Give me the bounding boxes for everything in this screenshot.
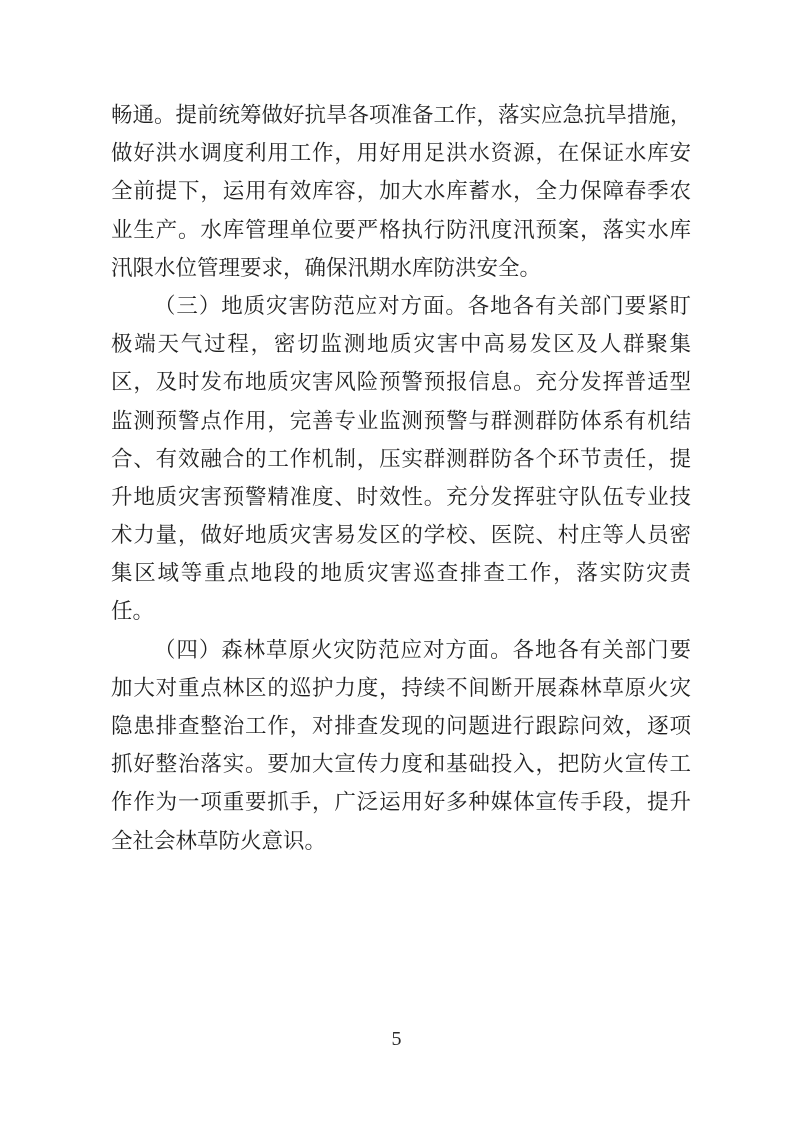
- text-line: 极端天气过程，密切监测地质灾害中高易发区及人群聚集: [111, 326, 691, 364]
- text-line: 全社会林草防火意识。: [111, 823, 691, 861]
- text-line: 做好洪水调度利用工作，用好用足洪水资源，在保证水库安: [111, 135, 691, 173]
- page-number: 5: [0, 1024, 793, 1054]
- text-line: 隐患排查整治工作，对排查发现的问题进行跟踪问效，逐项: [111, 708, 691, 746]
- text-line: 术力量，做好地质灾害易发区的学校、医院、村庄等人员密: [111, 517, 691, 555]
- text-line: （四）森林草原火灾防范应对方面。各地各有关部门要: [111, 632, 691, 670]
- text-line: 合、有效融合的工作机制，压实群测群防各个环节责任，提: [111, 441, 691, 479]
- text-line: 汛限水位管理要求，确保汛期水库防洪安全。: [111, 250, 691, 288]
- text-line: 全前提下，运用有效库容，加大水库蓄水，全力保障春季农: [111, 173, 691, 211]
- text-line: 区，及时发布地质灾害风险预警预报信息。充分发挥普适型: [111, 364, 691, 402]
- text-line: （三）地质灾害防范应对方面。各地各有关部门要紧盯: [111, 288, 691, 326]
- text-line: 业生产。水库管理单位要严格执行防汛度汛预案，落实水库: [111, 212, 691, 250]
- text-line: 任。: [111, 593, 691, 631]
- text-line: 加大对重点林区的巡护力度，持续不间断开展森林草原火灾: [111, 670, 691, 708]
- text-line: 升地质灾害预警精准度、时效性。充分发挥驻守队伍专业技: [111, 479, 691, 517]
- document-page: 畅通。提前统筹做好抗旱各项准备工作，落实应急抗旱措施，做好洪水调度利用工作，用好…: [0, 0, 793, 1122]
- text-line: 畅通。提前统筹做好抗旱各项准备工作，落实应急抗旱措施，: [111, 97, 691, 135]
- text-line: 监测预警点作用，完善专业监测预警与群测群防体系有机结: [111, 403, 691, 441]
- text-block: 畅通。提前统筹做好抗旱各项准备工作，落实应急抗旱措施，做好洪水调度利用工作，用好…: [111, 97, 691, 861]
- text-line: 作作为一项重要抓手，广泛运用好多种媒体宣传手段，提升: [111, 784, 691, 822]
- text-line: 集区域等重点地段的地质灾害巡查排查工作，落实防灾责: [111, 555, 691, 593]
- text-line: 抓好整治落实。要加大宣传力度和基础投入，把防火宣传工: [111, 746, 691, 784]
